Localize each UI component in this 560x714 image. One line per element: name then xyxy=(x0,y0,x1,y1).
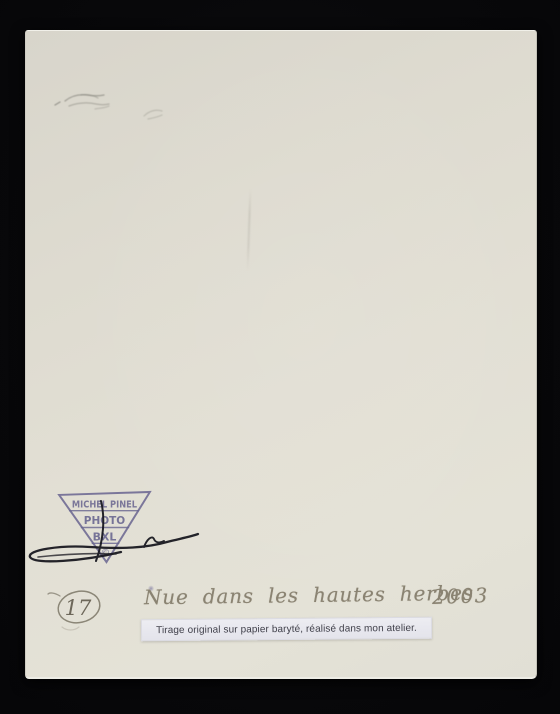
print-verso-paper: MICHEL PINEL PHOTO BXL © 17 xyxy=(25,30,537,679)
paper-crease xyxy=(247,189,252,271)
edition-number-circle: 17 xyxy=(46,579,110,637)
year-annotation: 2003 xyxy=(432,583,490,609)
signature-ink xyxy=(26,493,216,571)
title-annotation: Nue dans les hautes herbes xyxy=(144,581,474,610)
atelier-label: Tirage original sur papier baryté, réali… xyxy=(141,617,432,642)
black-backdrop: MICHEL PINEL PHOTO BXL © 17 xyxy=(0,0,560,714)
edition-number-text: 17 xyxy=(65,596,92,620)
erased-pencil-smudge xyxy=(51,85,143,117)
atelier-label-text: Tirage original sur papier baryté, réali… xyxy=(156,622,417,635)
faint-smudge xyxy=(136,104,176,124)
